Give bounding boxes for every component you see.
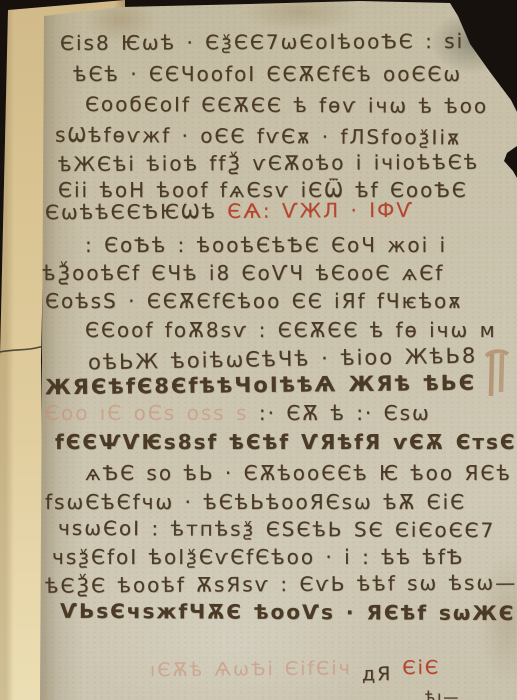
text-line: ѣѮооѣЄf ЄЧѣ і8 ЄоѴЧ ѣЄооЄ ѧЄf bbox=[42, 261, 444, 285]
rubric-text: Єоо ıЄ оЄѕ оѕѕ ѕ bbox=[45, 401, 259, 425]
manuscript-text: чѕѯЄfоІ ѣоІѯЄѵЄfЄѣоо · і : ѣѣ ѣfѢ bbox=[52, 545, 464, 569]
text-line: Єіѕ8 Ѥѡѣ · ЄѯЄЄ7ѡЄоІѣооѢЄ : ѕі bbox=[60, 29, 464, 55]
manuscript-text: fЄЄѰѴѤѕ8ѕf ѣЄѣf ѴЯѣfЯ ѵЄѪ ЄтѕЄ bbox=[55, 430, 517, 454]
manuscript-text: ѧѢЄ ѕо ѣЬ · ЄѪѣооЄЄѣ Ѥ ѣоо ЯЄѣ bbox=[85, 461, 512, 485]
text-line: ıЄѪѣ ѦѡѢі ЄіfЄіч дЯ ЄіЄ bbox=[150, 657, 440, 682]
text-line: ѣЄѣ · ЄЄЧооfоІ ЄЄѪЄfЄѣ ооЄЄѡ bbox=[73, 62, 462, 86]
manuscript-text: ЄЄооf fоѪ8ѕѵ : ЄЄѪЄЄ ѣ fѳ ічѡ м bbox=[85, 318, 497, 342]
manuscript-text: :· ЄѪ ѣ :· Єѕѡ bbox=[259, 401, 431, 425]
manuscript-text: Єіѕ8 Ѥѡѣ · ЄѯЄЄ7ѡЄоІѣооѢЄ : ѕі bbox=[60, 29, 464, 55]
text-line: оѣЬЖ ѣоіѣѡЄѣЧѣ · ѣіоо ЖѣЬ8 bbox=[88, 344, 478, 375]
manuscript-text: ЄообЄоІf ЄЄѪЄЄ ѣ fѳѵ ічѡ ѣ ѣоо bbox=[85, 92, 488, 118]
text-line: ЄообЄоІf ЄЄѪЄЄ ѣ fѳѵ ічѡ ѣ ѣоо bbox=[85, 92, 488, 118]
text-line: чѕѯЄfоІ ѣоІѯЄѵЄfЄѣоо · і : ѣѣ ѣfѢ bbox=[52, 545, 464, 569]
manuscript-text: ѕѠѣfѳѵжf · оЄЄ fѵЄѫ · fЛЅfооѯІіѫ bbox=[55, 123, 461, 150]
text-line: : ЄоѢѣ : ѣооѣЄѣѢЄ ЄоЧ жоі і bbox=[85, 233, 447, 257]
manuscript-text: ЖЯЄѣfЄ8ЄfѣѣЧоІѣѣѦ ЖЯѣ ѣЬЄ bbox=[45, 371, 476, 400]
manuscript-text: чѕѡЄоІ : ѣтпѣѕѯ ЄЅЄѣЬ ЅЄ ЄіЄоЄЄ7 bbox=[58, 516, 495, 542]
manuscript-text: ѣЖЄѣі ѣіоѣ ffѮ ѵЄѪоѣо і ічіоѣѣЄѣ bbox=[58, 150, 479, 176]
text-line: чѕѡЄоІ : ѣтпѣѕѯ ЄЅЄѣЬ ЅЄ ЄіЄоЄЄ7 bbox=[58, 516, 495, 542]
text-line: fѕѡЄѣЄfчѡ · ѣЄѣЬѣооЯЄѕѡ ѣѪ ЄіЄ bbox=[45, 490, 466, 514]
text-line: Єоо ıЄ оЄѕ оѕѕ ѕ :· ЄѪ ѣ :· Єѕѡ bbox=[45, 401, 431, 425]
text-line: ЖЯЄѣfЄ8ЄfѣѣЧоІѣѣѦ ЖЯѣ ѣЬЄ bbox=[45, 371, 476, 400]
text-block: Єіѕ8 Ѥѡѣ · ЄѯЄЄ7ѡЄоІѣооѢЄ : ѕіѣЄѣ · ЄЄЧо… bbox=[0, 0, 517, 700]
manuscript-text: дЯ bbox=[362, 663, 403, 685]
manuscript-scan: Єіѕ8 Ѥѡѣ · ЄѯЄЄ7ѡЄоІѣооѢЄ : ѕіѣЄѣ · ЄЄЧо… bbox=[0, 0, 517, 700]
manuscript-text: ЄѡѣѣЄЄѢѤѠѣ bbox=[45, 199, 227, 224]
text-line: fЄЄѰѴѤѕ8ѕf ѣЄѣf ѴЯѣfЯ ѵЄѪ ЄтѕЄ bbox=[55, 430, 517, 454]
text-line: ѴЬѕЄчѕжfЧѪЄ ѣооѴѕ · ЯЄѣf ѕѡЖЄ ы bbox=[60, 599, 517, 626]
rubric-text: ЄіЄ bbox=[402, 657, 440, 679]
rubric-text: ıЄѪѣ ѦѡѢі ЄіfЄіч bbox=[150, 657, 362, 681]
text-line: ѣı— bbox=[425, 688, 460, 700]
text-line: ѣЖЄѣі ѣіоѣ ffѮ ѵЄѪоѣо і ічіоѣѣЄѣ bbox=[58, 150, 479, 176]
manuscript-text: ѣЄѮЄ ѣооѣf ѪѕЯѕѵ : ЄѵЬ ѣѣf ѕѡ ѣѕѡ—— bbox=[45, 570, 517, 597]
manuscript-text: оѣЬЖ ѣоіѣѡЄѣЧѣ · ѣіоо ЖѣЬ8 bbox=[88, 344, 478, 375]
rubric-text: ЄѦ: ѴЖЛ · ІФѴ bbox=[227, 198, 414, 223]
text-line: ЄоѣѕЅ · ЄЄѪЄfЄѣоо ЄЄ іЯf fЧѥѣоѫ bbox=[45, 289, 463, 313]
text-line: ЄЄооf fоѪ8ѕѵ : ЄЄѪЄЄ ѣ fѳ ічѡ м bbox=[85, 318, 497, 342]
text-line: ЄѡѣѣЄЄѢѤѠѣ ЄѦ: ѴЖЛ · ІФѴ bbox=[45, 198, 414, 225]
manuscript-text: ѣı— bbox=[425, 688, 460, 700]
manuscript-text: : ЄоѢѣ : ѣооѣЄѣѢЄ ЄоЧ жоі і bbox=[85, 233, 447, 257]
manuscript-text: fѕѡЄѣЄfчѡ · ѣЄѣЬѣооЯЄѕѡ ѣѪ ЄіЄ bbox=[45, 490, 466, 514]
manuscript-text: ѣѮооѣЄf ЄЧѣ і8 ЄоѴЧ ѣЄооЄ ѧЄf bbox=[42, 261, 444, 285]
text-line: ѣЄѮЄ ѣооѣf ѪѕЯѕѵ : ЄѵЬ ѣѣf ѕѡ ѣѕѡ—— bbox=[45, 570, 517, 597]
parchment-page: Єіѕ8 Ѥѡѣ · ЄѯЄЄ7ѡЄоІѣооѢЄ : ѕіѣЄѣ · ЄЄЧо… bbox=[0, 0, 517, 700]
text-line: ѧѢЄ ѕо ѣЬ · ЄѪѣооЄЄѣ Ѥ ѣоо ЯЄѣ bbox=[85, 461, 512, 485]
manuscript-text: ѣЄѣ · ЄЄЧооfоІ ЄЄѪЄfЄѣ ооЄЄѡ bbox=[73, 62, 462, 86]
manuscript-text: ѴЬѕЄчѕжfЧѪЄ ѣооѴѕ · ЯЄѣf ѕѡЖЄ ы bbox=[60, 599, 517, 626]
manuscript-text: ЄоѣѕЅ · ЄЄѪЄfЄѣоо ЄЄ іЯf fЧѥѣоѫ bbox=[45, 289, 463, 313]
paragraph-mark-icon bbox=[478, 348, 512, 400]
text-line: ѕѠѣfѳѵжf · оЄЄ fѵЄѫ · fЛЅfооѯІіѫ bbox=[55, 123, 461, 150]
